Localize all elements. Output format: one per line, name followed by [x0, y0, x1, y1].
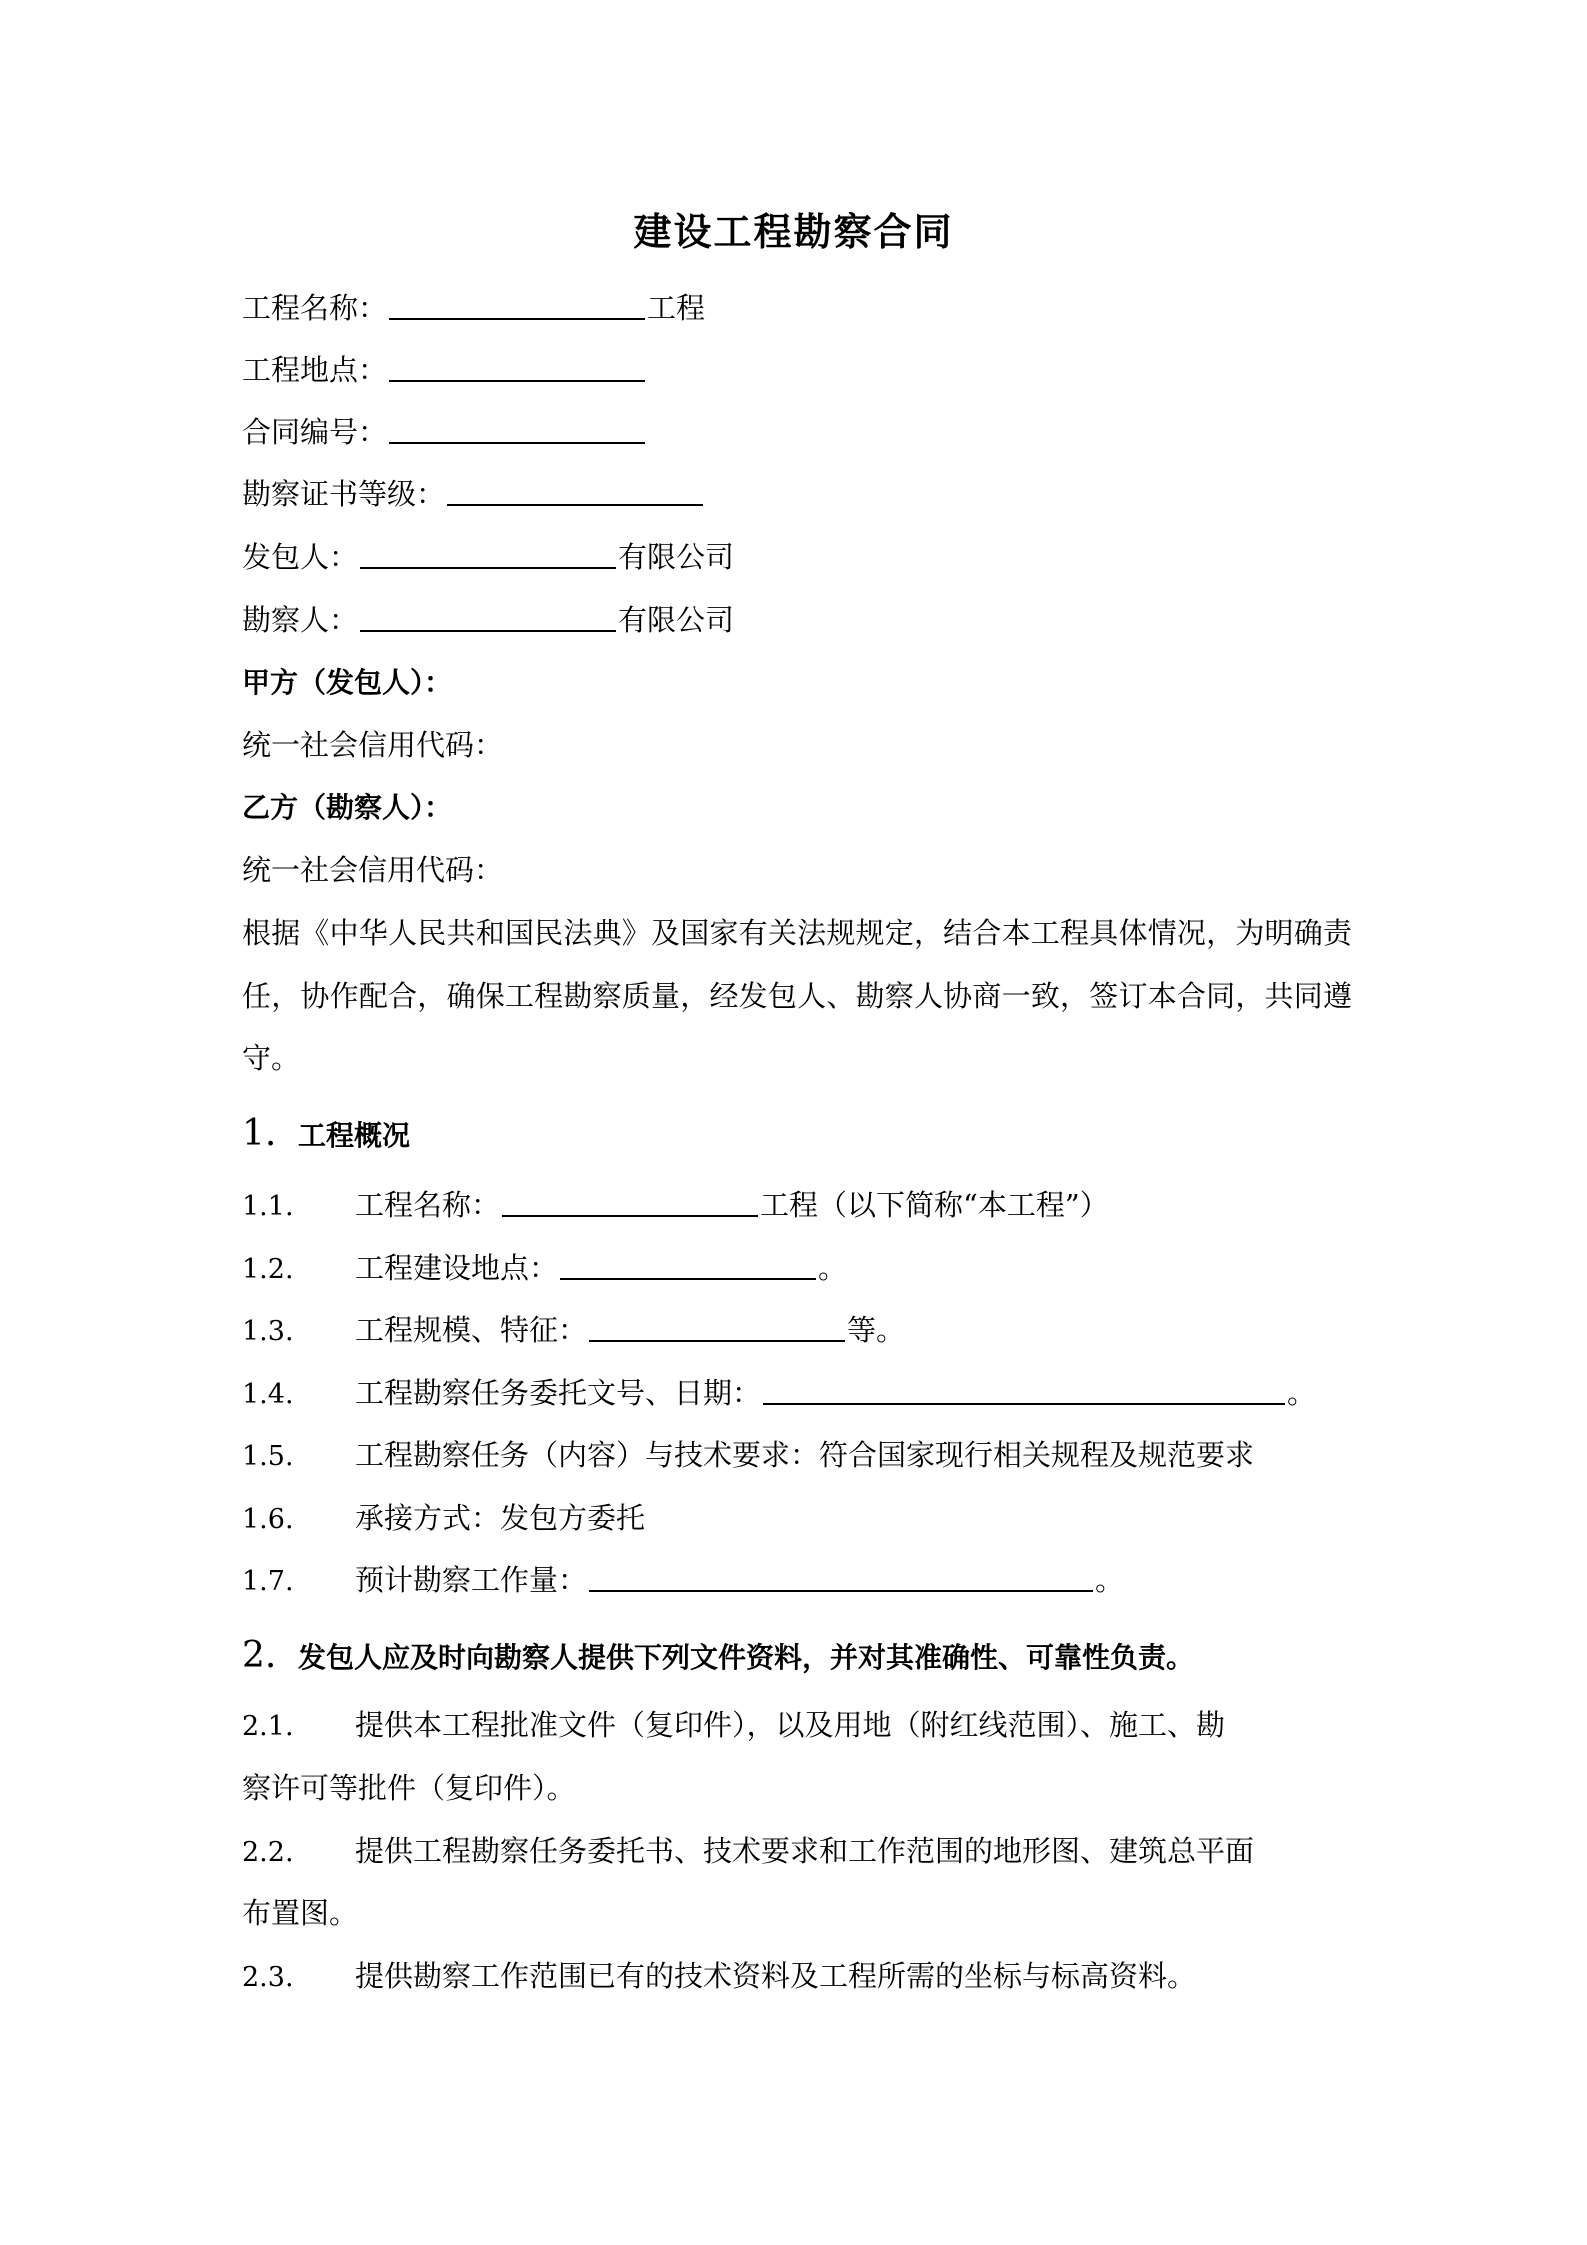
- clause-number: 1.5.: [242, 1437, 355, 1477]
- clause-text: 提供工程勘察任务委托书、技术要求和工作范围的地形图、建筑总平面: [355, 1834, 1254, 1868]
- clause-label: 工程名称：: [355, 1188, 500, 1222]
- clause-2-3: 2.3.提供勘察工作范围已有的技术资料及工程所需的坐标与标高资料。: [242, 1956, 1196, 1998]
- section-title: 工程概况: [298, 1119, 410, 1152]
- certificate-level-blank[interactable]: [447, 474, 703, 506]
- clause-suffix: 。: [818, 1251, 847, 1285]
- field-label: 发包人：: [242, 540, 358, 574]
- document-page: 建设工程勘察合同 工程名称：工程 工程地点： 合同编号： 勘察证书等级： 发包人…: [0, 0, 1587, 2245]
- party-a-heading: 甲方（发包人）：: [242, 663, 452, 703]
- clause-suffix: 。: [1095, 1563, 1124, 1597]
- clause-suffix: 工程（以下简称“本工程”）: [760, 1188, 1109, 1222]
- clause-text: 提供本工程批准文件（复印件），以及用地（附红线范围）、施工、勘: [355, 1708, 1225, 1742]
- clause-1-3: 1.3.工程规模、特征：等。: [242, 1310, 905, 1352]
- section-title: 发包人应及时向勘察人提供下列文件资料，并对其准确性、可靠性负责。: [298, 1641, 1194, 1674]
- party-a-credit-code: 统一社会信用代码：: [242, 725, 503, 765]
- project-location-blank[interactable]: [389, 350, 645, 382]
- clause-number: 1.6.: [242, 1500, 355, 1540]
- clause-2-1: 2.1.提供本工程批准文件（复印件），以及用地（附红线范围）、施工、勘: [242, 1705, 1225, 1747]
- clause-number: 1.2.: [242, 1250, 355, 1290]
- commission-document-blank[interactable]: [763, 1373, 1285, 1405]
- field-surveyor: 勘察人：有限公司: [242, 600, 734, 640]
- surveyor-blank[interactable]: [360, 600, 616, 632]
- clause-2-1-continuation: 察许可等批件（复印件）。: [242, 1768, 576, 1808]
- project-name-blank[interactable]: [502, 1185, 758, 1217]
- field-project-name: 工程名称：工程: [242, 288, 705, 328]
- clause-label: 工程规模、特征：: [355, 1313, 587, 1347]
- clause-number: 2.1.: [242, 1707, 355, 1747]
- construction-site-blank[interactable]: [560, 1248, 816, 1280]
- party-b-credit-code: 统一社会信用代码：: [242, 850, 503, 890]
- field-contract-number: 合同编号：: [242, 412, 647, 452]
- clause-label: 预计勘察工作量：: [355, 1563, 587, 1597]
- scale-features-blank[interactable]: [589, 1310, 845, 1342]
- clause-text: 工程勘察任务（内容）与技术要求：符合国家现行相关规程及规范要求: [355, 1438, 1254, 1472]
- clause-number: 2.2.: [242, 1833, 355, 1873]
- document-title: 建设工程勘察合同: [0, 206, 1587, 258]
- clause-number: 1.1.: [242, 1187, 355, 1227]
- clause-suffix: 等。: [847, 1313, 905, 1347]
- field-suffix: 有限公司: [618, 540, 734, 574]
- clause-suffix: 。: [1287, 1376, 1316, 1410]
- clause-text: 承接方式：发包方委托: [355, 1501, 645, 1535]
- field-label: 工程地点：: [242, 353, 387, 387]
- clause-1-5: 1.5.工程勘察任务（内容）与技术要求：符合国家现行相关规程及规范要求: [242, 1435, 1254, 1477]
- field-label: 合同编号：: [242, 415, 387, 449]
- clause-number: 1.4.: [242, 1375, 355, 1415]
- clause-1-2: 1.2.工程建设地点：。: [242, 1248, 847, 1290]
- section-number: 1.: [242, 1114, 298, 1154]
- clause-text: 提供勘察工作范围已有的技术资料及工程所需的坐标与标高资料。: [355, 1959, 1196, 1993]
- preamble-paragraph: 根据《中华人民共和国民法典》及国家有关法规规定，结合本工程具体情况，为明确责任，…: [242, 902, 1352, 1090]
- clause-number: 1.7.: [242, 1562, 355, 1602]
- contract-number-blank[interactable]: [389, 412, 645, 444]
- field-suffix: 有限公司: [618, 603, 734, 637]
- section-2-heading: 2.发包人应及时向勘察人提供下列文件资料，并对其准确性、可靠性负责。: [242, 1636, 1194, 1678]
- section-number: 2.: [242, 1636, 298, 1676]
- clause-label: 工程勘察任务委托文号、日期：: [355, 1376, 761, 1410]
- clause-2-2-continuation: 布置图。: [242, 1893, 358, 1933]
- field-label: 勘察证书等级：: [242, 477, 445, 511]
- project-name-blank[interactable]: [389, 288, 645, 320]
- field-project-location: 工程地点：: [242, 350, 647, 390]
- clause-label: 工程建设地点：: [355, 1251, 558, 1285]
- clause-1-7: 1.7.预计勘察工作量：。: [242, 1560, 1124, 1602]
- clause-1-6: 1.6.承接方式：发包方委托: [242, 1498, 645, 1540]
- employer-blank[interactable]: [360, 537, 616, 569]
- field-label: 勘察人：: [242, 603, 358, 637]
- party-b-heading: 乙方（勘察人）：: [242, 788, 452, 828]
- field-label: 工程名称：: [242, 291, 387, 325]
- workload-blank[interactable]: [589, 1560, 1093, 1592]
- field-suffix: 工程: [647, 291, 705, 325]
- clause-2-2: 2.2.提供工程勘察任务委托书、技术要求和工作范围的地形图、建筑总平面: [242, 1831, 1254, 1873]
- section-1-heading: 1.工程概况: [242, 1114, 410, 1156]
- field-employer: 发包人：有限公司: [242, 537, 734, 577]
- clause-1-1: 1.1.工程名称：工程（以下简称“本工程”）: [242, 1185, 1109, 1227]
- clause-number: 1.3.: [242, 1312, 355, 1352]
- field-certificate-level: 勘察证书等级：: [242, 474, 705, 514]
- clause-number: 2.3.: [242, 1958, 355, 1998]
- clause-1-4: 1.4.工程勘察任务委托文号、日期：。: [242, 1373, 1316, 1415]
